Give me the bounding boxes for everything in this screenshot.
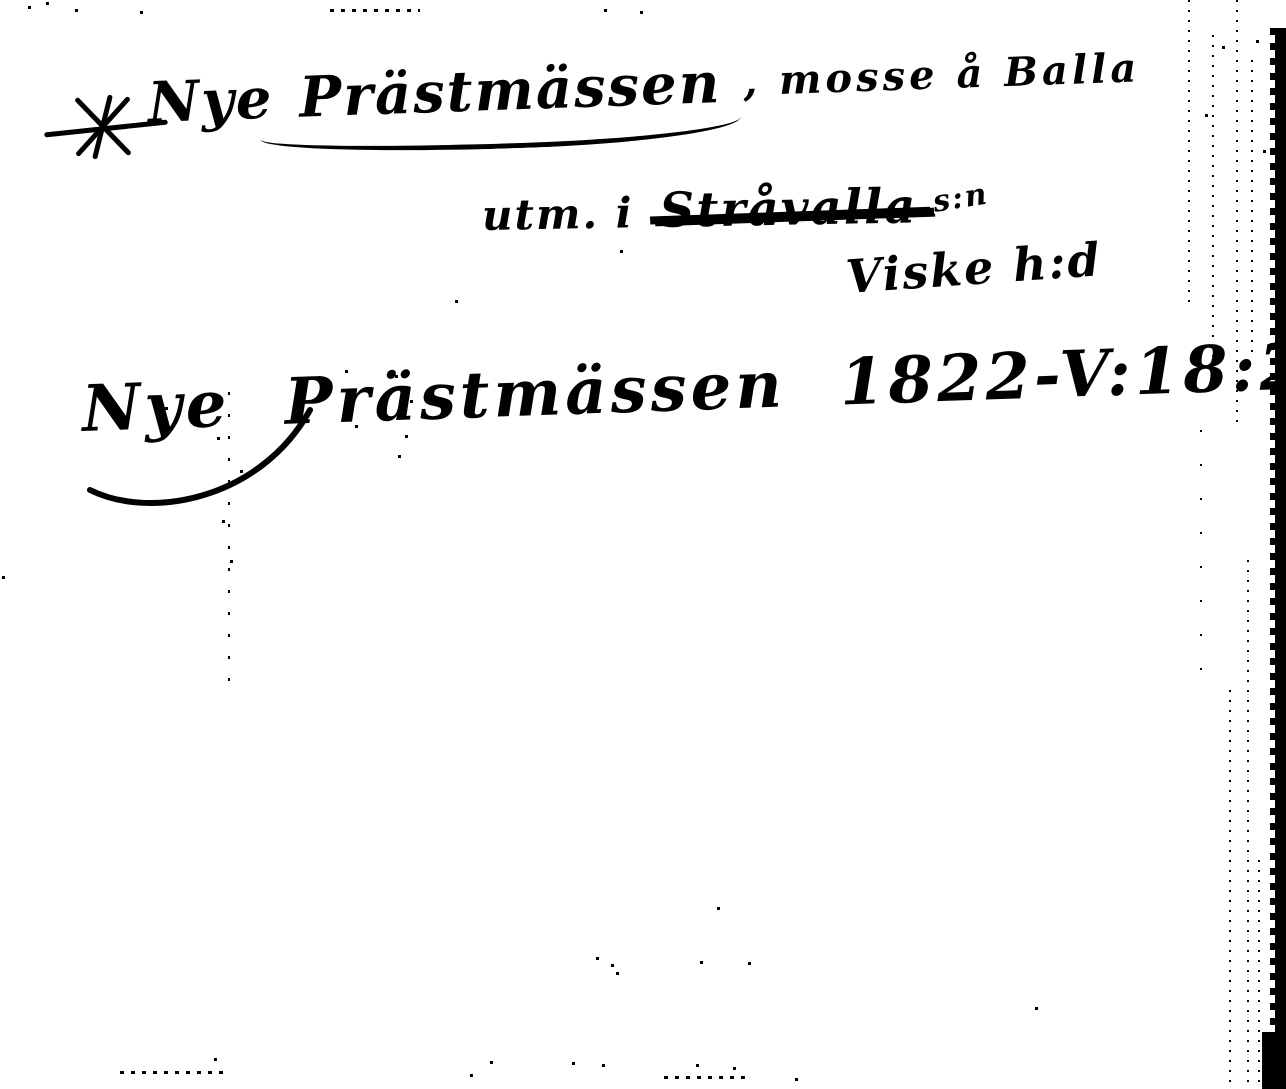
scan-noise-column xyxy=(1229,690,1231,1089)
line1-continuation: , mosse å Balla xyxy=(742,44,1141,105)
scan-noise-column xyxy=(1212,35,1214,365)
title-word: Nye xyxy=(147,66,275,136)
scanned-document-page: NyePrästmässen, mosse å Balla utm. iStrå… xyxy=(0,0,1286,1089)
scan-noise-column xyxy=(1188,0,1190,310)
scan-noise-dotted-row xyxy=(664,1076,748,1079)
scan-edge-bar-foot xyxy=(1262,1032,1286,1089)
scan-noise-dotted-row xyxy=(330,9,420,12)
line2-abbreviation: s:n xyxy=(931,176,992,219)
scan-edge-bar xyxy=(1275,28,1286,1089)
scan-noise-specks xyxy=(0,0,3,3)
handwritten-line-3: Viske h:d xyxy=(844,232,1103,304)
scan-noise-column xyxy=(1247,560,1249,1089)
scan-noise-column xyxy=(1251,60,1253,360)
scan-noise-column xyxy=(1258,860,1260,1089)
pen-flourish xyxy=(60,400,380,530)
scan-noise-column xyxy=(1200,430,1202,670)
line2-struck-word: Stråvalla xyxy=(659,178,918,238)
handwritten-line-1: NyePrästmässen, mosse å Balla xyxy=(147,35,1141,136)
title-word-underlined: Prästmässen xyxy=(298,50,722,131)
scan-noise-dotted-row xyxy=(120,1071,225,1074)
line2-prefix: utm. i xyxy=(482,188,634,240)
handwritten-line-2: utm. iStråvallas:n xyxy=(482,177,990,242)
